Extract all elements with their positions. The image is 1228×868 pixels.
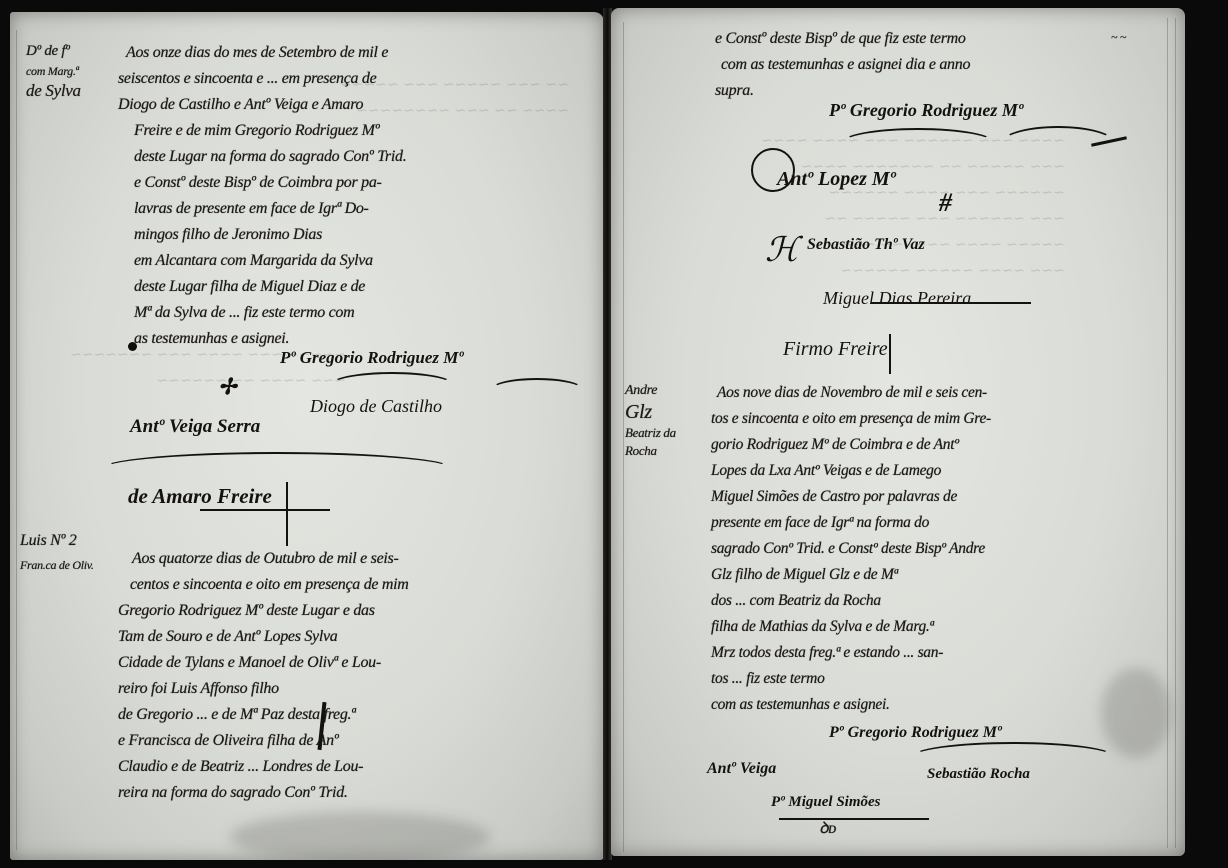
right-page: ~~~~ ~~~ ~~~~~~ ~~~ ~~~~ ~~~~ ~~~ ~~~~~ … <box>611 8 1185 856</box>
signature-flourish <box>330 372 454 398</box>
signature-witness: Sebastião Rocha <box>927 766 1030 783</box>
cross-mark-icon: ✢ <box>218 374 236 400</box>
signature-priest: Pº Gregorio Rodriguez Mº <box>829 724 1002 742</box>
entry-text: Aos onze dias do mes de Setembro de mil … <box>118 40 406 352</box>
signature-witness: Firmo Freire <box>783 338 888 361</box>
page-rule-line <box>623 22 624 852</box>
margin-note: Dº de fº com Marg.ª de Sylva <box>26 40 81 102</box>
signature-underline <box>871 302 1031 304</box>
signature-witness: de Amaro Freire <box>128 484 272 509</box>
cross-stroke <box>889 334 891 374</box>
signature-flourish <box>490 378 584 402</box>
signature-priest: Pº Gregorio Rodriguez Mº <box>829 100 1023 121</box>
signature-witness: Antº Veiga <box>707 760 776 778</box>
left-page: ~~ ~~~ ~~~~~ ~~~ ~~~~~ ~~~~ ~~ ~~~ ~~~~~… <box>10 12 604 860</box>
signature-ornament: ꝺᴅ <box>819 816 836 838</box>
signature-flourish <box>841 128 995 158</box>
signature-witness: Miguel Dias Pereira <box>823 288 971 309</box>
entry-text: Aos nove dias de Novembro de mil e seis … <box>711 380 991 718</box>
signature-priest: Pº Gregorio Rodriguez Mº <box>280 348 464 368</box>
entry-text-continued: e Constº deste Bispº de que fiz este ter… <box>715 26 970 104</box>
corner-note: ~ ~ <box>1111 30 1126 45</box>
page-rule-line <box>16 30 17 850</box>
paper-stain <box>1101 668 1171 758</box>
page-rule-line <box>1175 18 1176 848</box>
signature-underline <box>779 818 929 820</box>
signature-witness: Diogo de Castilho <box>310 396 442 417</box>
signature-initial: ℋ <box>765 230 799 270</box>
signature-witness: Pº Miguel Simões <box>771 794 881 811</box>
paper-stain <box>230 812 490 860</box>
margin-note: Andre Glz Beatriz da Rocha <box>625 382 676 460</box>
margin-note: Luis Nº 2 Fran.ca de Oliv. <box>20 530 94 578</box>
entry-text: Aos quatorze dias de Outubro de mil e se… <box>118 546 409 806</box>
signature-flourish <box>100 452 454 486</box>
signature-underline <box>200 509 330 511</box>
cross-stroke <box>286 482 288 546</box>
signature-witness: Antº Veiga Serra <box>130 416 260 438</box>
ink-blot <box>128 342 137 351</box>
signature-witness: Sebastião Thº Vaz <box>807 236 925 254</box>
hash-mark-icon: # <box>939 188 952 218</box>
signature-witness: Antº Lopez Mº <box>777 168 896 191</box>
